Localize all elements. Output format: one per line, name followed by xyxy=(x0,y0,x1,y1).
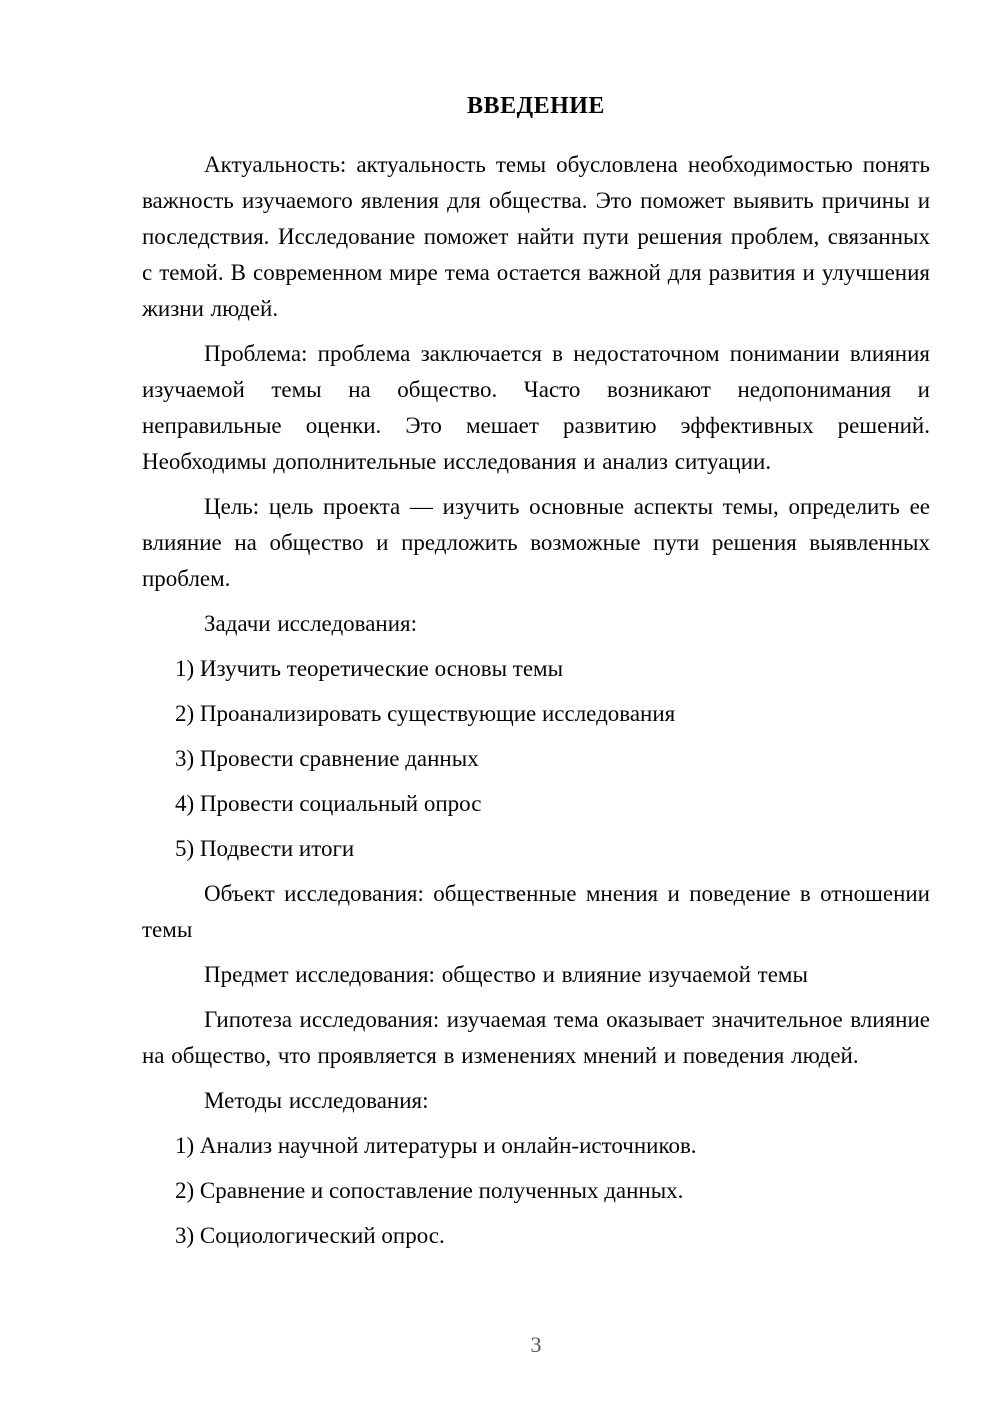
task-list-item-5: 5) Подвести итоги xyxy=(175,831,930,867)
page-title: ВВЕДЕНИЕ xyxy=(142,90,930,122)
task-list-item-2: 2) Проанализировать существующие исследо… xyxy=(175,696,930,732)
method-list-item-1: 1) Анализ научной литературы и онлайн-ис… xyxy=(175,1128,930,1164)
task-list-item-1: 1) Изучить теоретические основы темы xyxy=(175,651,930,687)
task-list-item-4: 4) Провести социальный опрос xyxy=(175,786,930,822)
paragraph-relevance: Актуальность: актуальность темы обусловл… xyxy=(142,147,930,327)
tasks-heading: Задачи исследования: xyxy=(142,606,930,642)
paragraph-goal: Цель: цель проекта — изучить основные ас… xyxy=(142,489,930,597)
paragraph-problem: Проблема: проблема заключается в недоста… xyxy=(142,336,930,480)
method-list-item-3: 3) Социологический опрос. xyxy=(175,1218,930,1254)
document-page: { "document": { "title": "ВВЕДЕНИЕ", "pa… xyxy=(0,0,1000,1414)
method-list-item-2: 2) Сравнение и сопоставление полученных … xyxy=(175,1173,930,1209)
paragraph-object: Объект исследования: общественные мнения… xyxy=(142,876,930,948)
page-number: 3 xyxy=(531,1332,542,1357)
methods-heading: Методы исследования: xyxy=(142,1083,930,1119)
task-list-item-3: 3) Провести сравнение данных xyxy=(175,741,930,777)
page-footer: 3 xyxy=(142,1330,930,1360)
paragraph-subject: Предмет исследования: общество и влияние… xyxy=(142,957,930,993)
page-content: ВВЕДЕНИЕ Актуальность: актуальность темы… xyxy=(0,0,1000,1414)
paragraph-hypothesis: Гипотеза исследования: изучаемая тема ок… xyxy=(142,1002,930,1074)
